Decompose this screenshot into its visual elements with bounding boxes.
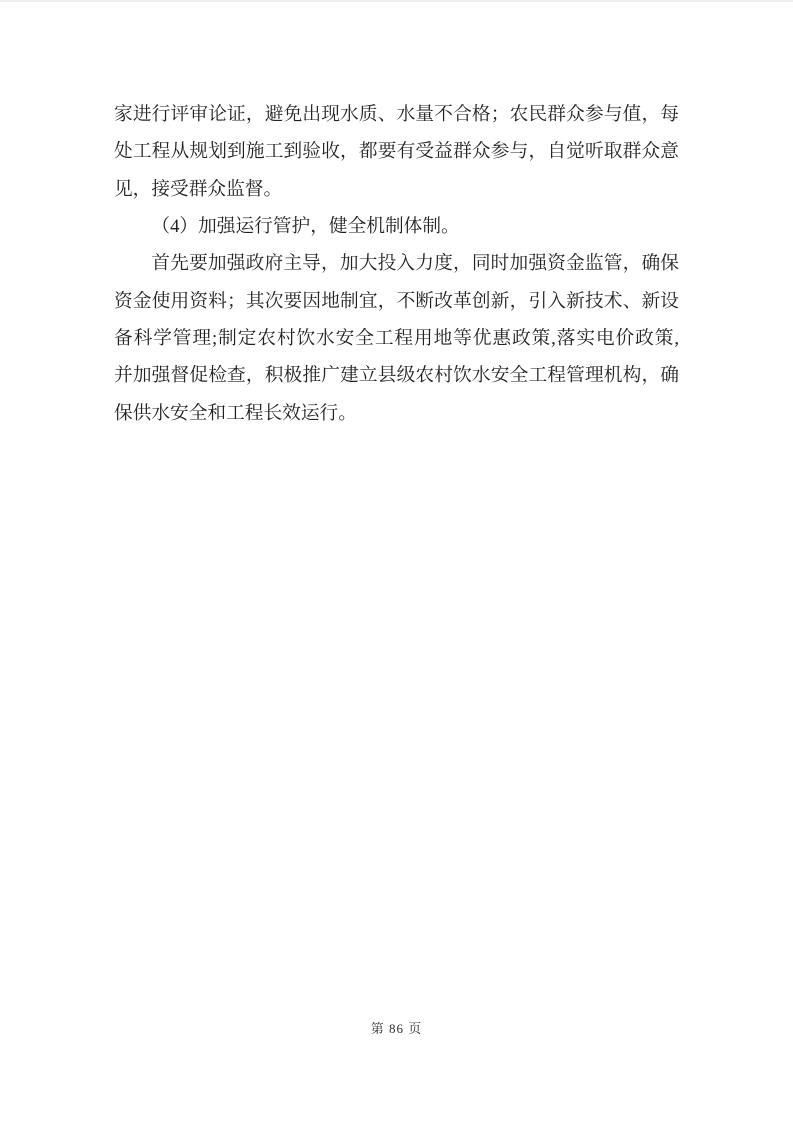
text-line: 首先要加强政府主导，加大投入力度，同时加强资金监管，确保: [114, 245, 679, 282]
text-line: 处工程从规划到施工到验收，都要有受益群众参与，自觉听取群众意: [114, 133, 679, 170]
text-line: （4）加强运行管护，健全机制体制。: [114, 208, 679, 245]
document-page: 家进行评审论证，避免出现水质、水量不合格；农民群众参与值，每处工程从规划到施工到…: [0, 0, 793, 1122]
text-line: 见，接受群众监督。: [114, 171, 679, 208]
text-line: 并加强督促检查，积极推广建立县级农村饮水安全工程管理机构，确: [114, 357, 679, 394]
document-body: 家进行评审论证，避免出现水质、水量不合格；农民群众参与值，每处工程从规划到施工到…: [114, 96, 679, 432]
text-line: 备科学管理;制定农村饮水安全工程用地等优惠政策,落实电价政策,: [114, 320, 679, 357]
text-line: 保供水安全和工程长效运行。: [114, 395, 679, 432]
page-top-edge: [0, 0, 793, 2]
text-line: 资金使用资料；其次要因地制宜，不断改革创新，引入新技术、新设: [114, 283, 679, 320]
text-line: 家进行评审论证，避免出现水质、水量不合格；农民群众参与值，每: [114, 96, 679, 133]
page-number: 第 86 页: [371, 1021, 423, 1036]
page-footer: 第 86 页: [0, 1021, 793, 1037]
